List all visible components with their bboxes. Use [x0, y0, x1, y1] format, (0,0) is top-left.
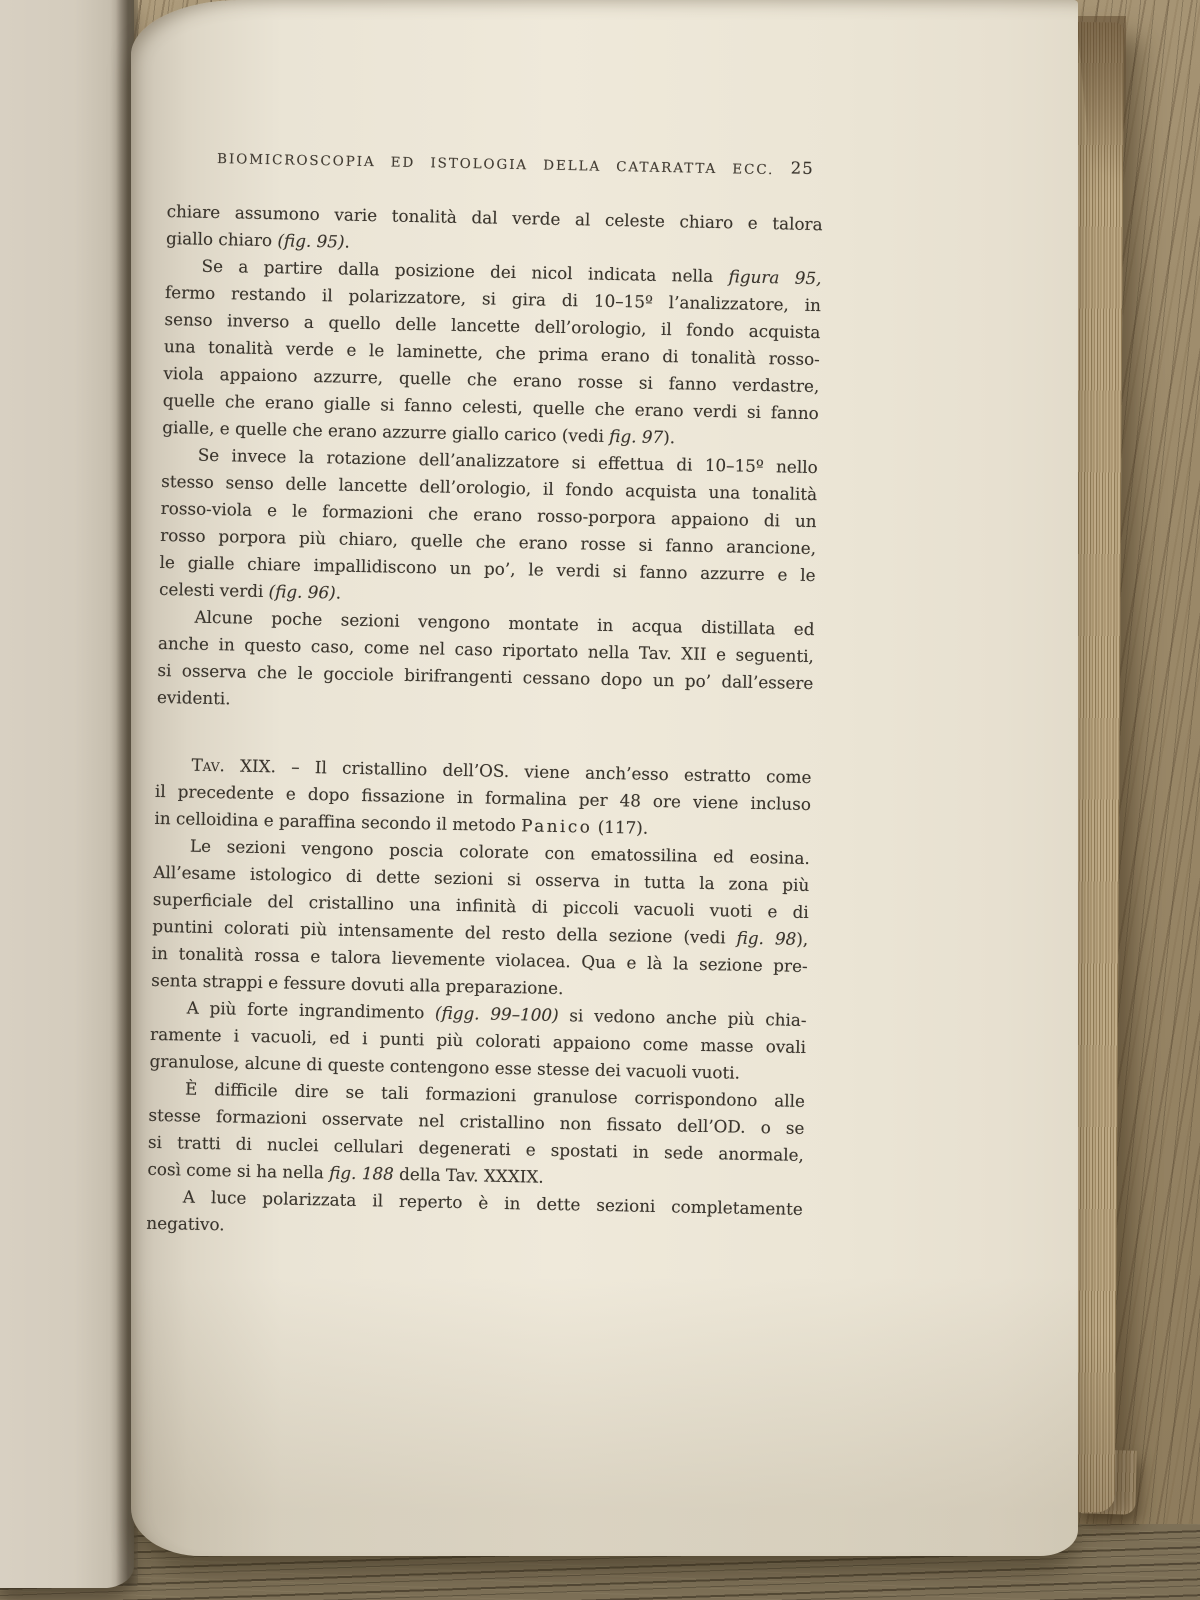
text-segment: (117).: [592, 817, 648, 838]
left-page-edge: [0, 0, 134, 1588]
text-segment: .: [344, 232, 350, 252]
paragraph: Tav. XIX. – Il cristallino dell’OS. vien…: [154, 751, 811, 845]
book-photo: BIOMICROSCOPIA ED ISTOLOGIA DELLA CATARA…: [0, 0, 1200, 1600]
text-segment: fig. 188: [329, 1162, 394, 1183]
paragraph: Alcune poche sezioni vengono montate in …: [157, 603, 815, 724]
text-segment: ),: [796, 929, 808, 949]
text-segment: negativo.: [146, 1213, 225, 1235]
paragraph: Se invece la rotazione dell’analizzatore…: [159, 441, 818, 616]
text-segment: fig. 98: [736, 928, 796, 949]
text-segment: A più forte ingrandimento: [187, 998, 436, 1023]
text-segment: (figg. 99–100): [435, 1003, 559, 1025]
text-segment: Panico: [521, 815, 593, 836]
paragraph: Le sezioni vengono poscia colorate con e…: [151, 832, 810, 1007]
text-segment: Tav. XIX.: [191, 755, 276, 777]
paragraph: È difficile dire se tali formazioni gran…: [147, 1075, 805, 1196]
paragraphs-container: chiare assumono varie tonalità dal verde…: [146, 198, 823, 1250]
text-segment: ).: [663, 427, 675, 447]
text-segment: figura 95,: [728, 266, 821, 288]
paragraph: A più forte ingrandimento (figg. 99–100)…: [149, 994, 806, 1088]
text-segment: .: [335, 582, 341, 602]
page-text-block: BIOMICROSCOPIA ED ISTOLOGIA DELLA CATARA…: [146, 146, 824, 1250]
text-segment: si vedono anche più chia-: [558, 1005, 806, 1030]
paragraph: Se a partire dalla posizione dei nicol i…: [162, 252, 822, 454]
text-segment: (fig. 95): [277, 230, 344, 251]
text-segment: evidenti.: [157, 687, 231, 708]
text-segment: giallo chiaro: [166, 228, 278, 250]
text-segment: in celloidina e paraffina secondo il met…: [154, 808, 521, 835]
text-segment: senta strappi e fessure dovuti alla prep…: [151, 970, 564, 998]
text-segment: della Tav. XXXIX.: [394, 1164, 544, 1187]
text-segment: così come si ha nella: [147, 1159, 329, 1183]
text-segment: (fig. 96): [268, 581, 335, 602]
text-segment: fig. 97: [609, 426, 663, 447]
page-number: 25: [790, 159, 813, 178]
text-segment: celesti verdi: [159, 579, 269, 601]
